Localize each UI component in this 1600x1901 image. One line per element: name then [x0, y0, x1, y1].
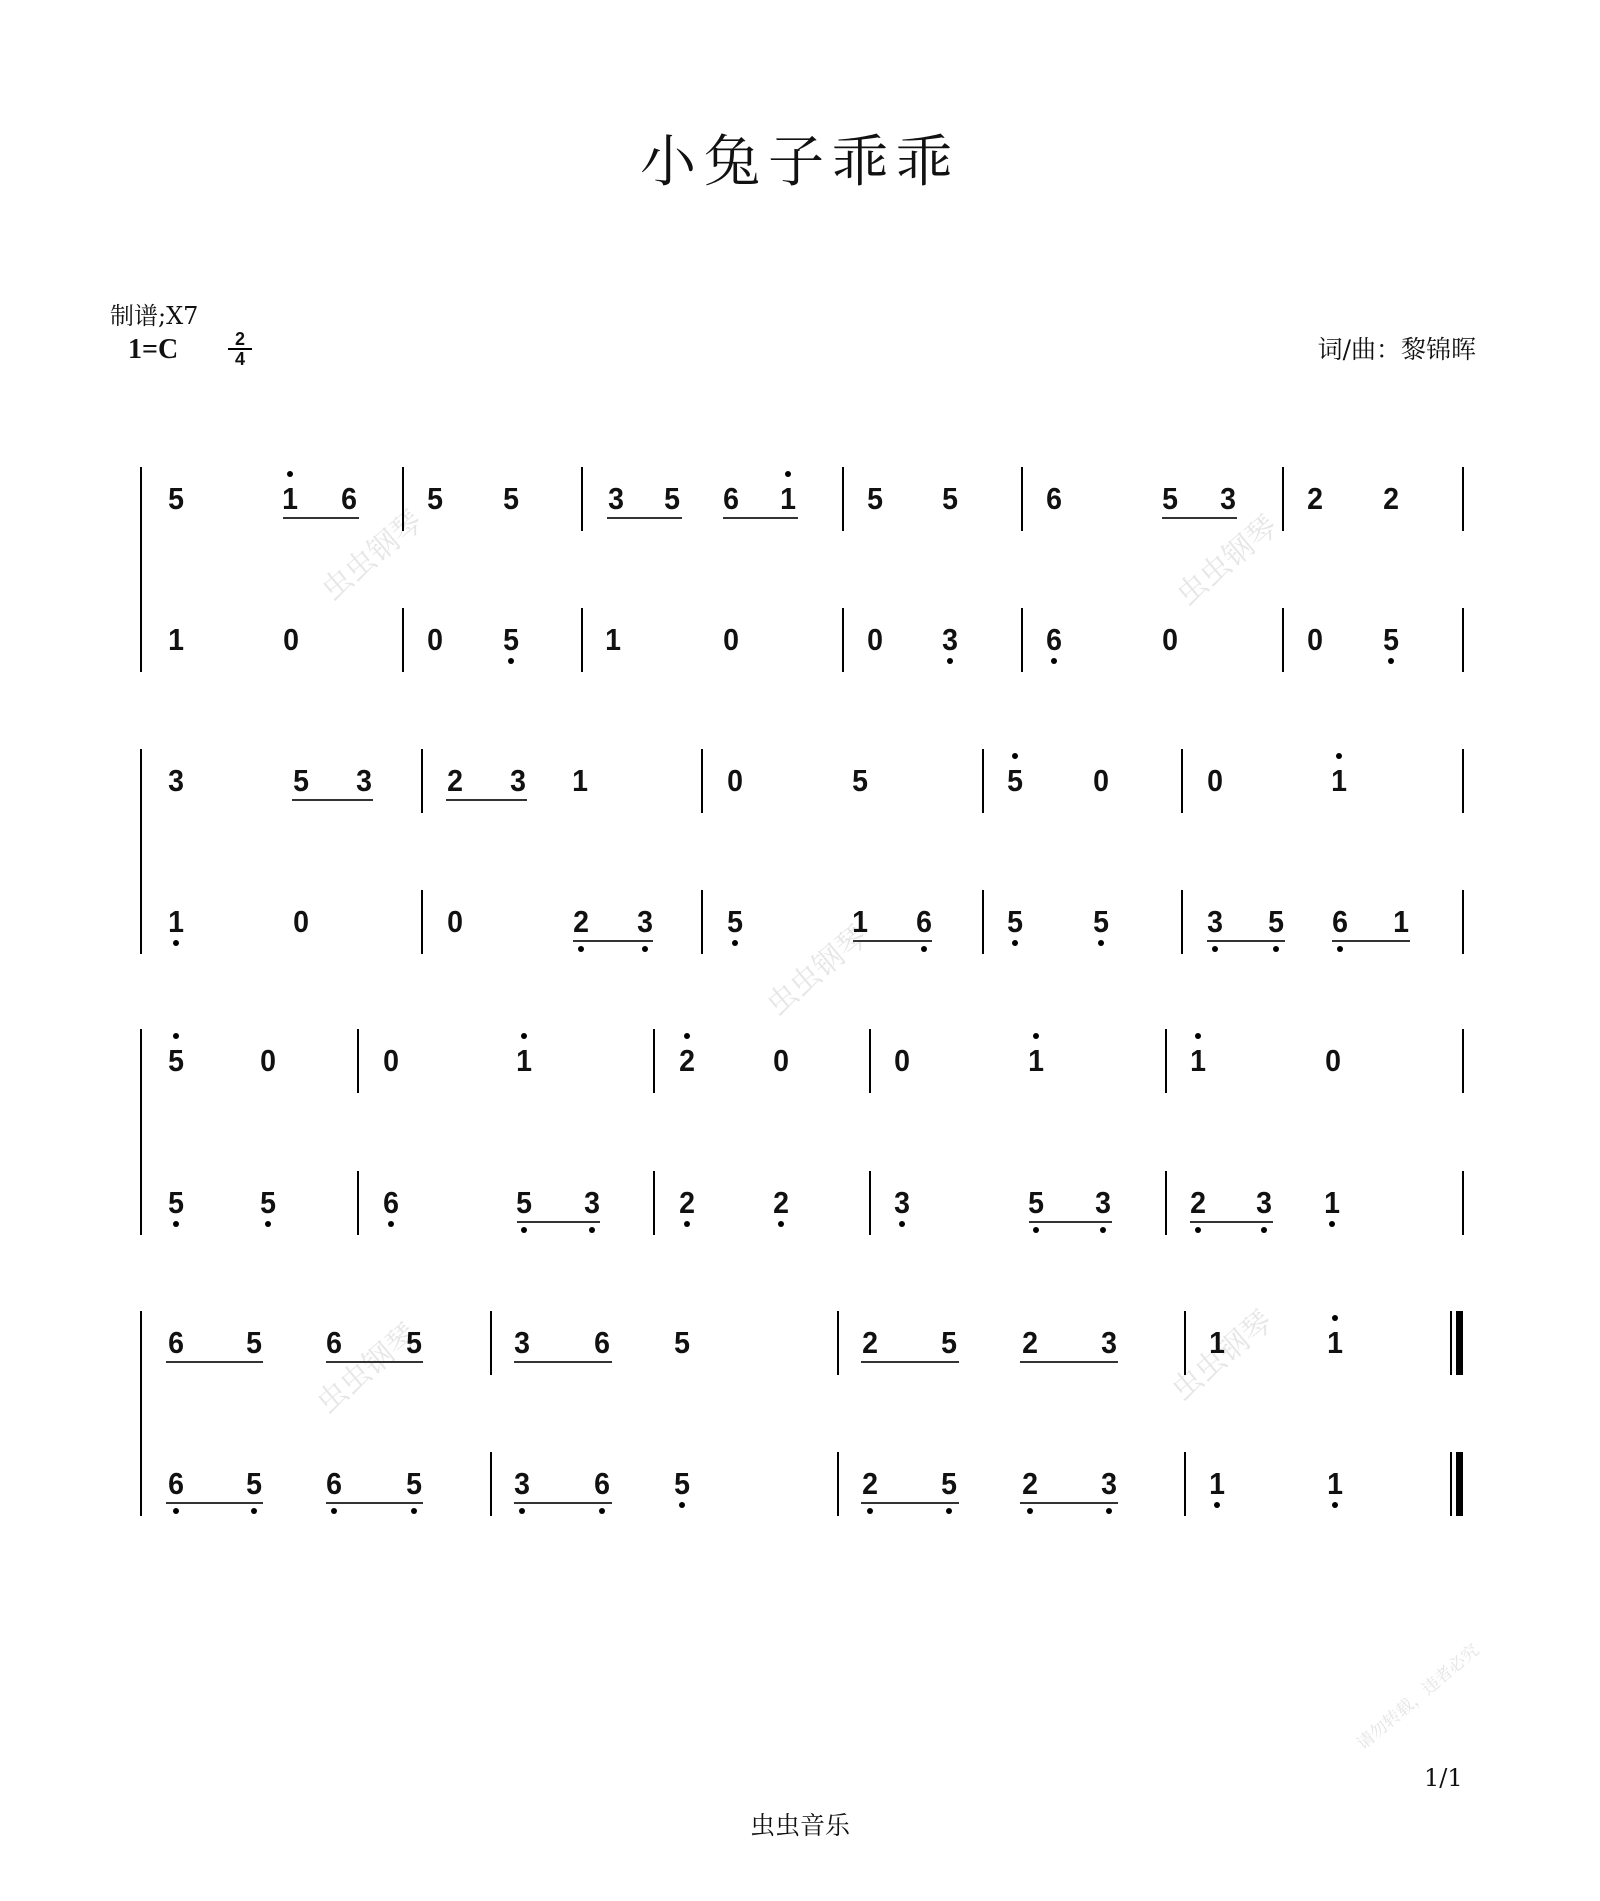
eighth-note-underline: [283, 517, 359, 519]
octave-up-dot: [785, 471, 791, 477]
barline: [837, 1452, 839, 1516]
note: 2: [856, 1468, 884, 1499]
octave-up-dot: [287, 471, 293, 477]
octave-down-dot: [1033, 1227, 1039, 1233]
octave-down-dot: [1051, 658, 1057, 664]
note: 5: [1156, 483, 1184, 514]
octave-down-dot: [778, 1221, 784, 1227]
note: 6: [320, 1468, 348, 1499]
eighth-note-underline: [446, 799, 527, 801]
note: 3: [162, 765, 190, 796]
note: 1: [1203, 1468, 1231, 1499]
system-bracket-line: [140, 749, 142, 954]
copyright-watermark: 请勿转载，违者必究: [1350, 1637, 1483, 1754]
octave-down-dot: [411, 1508, 417, 1514]
eighth-note-underline: [1020, 1502, 1118, 1504]
note: 1: [774, 483, 802, 514]
octave-down-dot: [1195, 1227, 1201, 1233]
note: 5: [935, 1327, 963, 1358]
eighth-note-underline: [861, 1502, 959, 1504]
octave-down-dot: [679, 1502, 685, 1508]
note: 1: [1318, 1187, 1346, 1218]
barline: [1181, 890, 1183, 954]
rest: 0: [441, 906, 469, 937]
note: 1: [276, 483, 304, 514]
page-number: 1/1: [1424, 1764, 1463, 1792]
eighth-note-underline: [1020, 1361, 1118, 1363]
note: 2: [1016, 1468, 1044, 1499]
final-barline-thick: [1456, 1452, 1463, 1516]
barline: [653, 1171, 655, 1235]
system-bracket-line: [140, 1311, 142, 1516]
barline: [982, 890, 984, 954]
octave-down-dot: [899, 1221, 905, 1227]
rest: 0: [1201, 765, 1229, 796]
barline: [701, 749, 703, 813]
eighth-note-underline: [514, 1361, 612, 1363]
barline: [1282, 608, 1284, 672]
octave-down-dot: [173, 940, 179, 946]
octave-down-dot: [947, 658, 953, 664]
octave-up-dot: [684, 1033, 690, 1039]
note: 5: [510, 1187, 538, 1218]
note: 2: [673, 1045, 701, 1076]
note: 5: [240, 1468, 268, 1499]
time-signature-denominator: 4: [228, 348, 252, 368]
rest: 0: [1087, 765, 1115, 796]
rest: 0: [287, 906, 315, 937]
note: 5: [497, 483, 525, 514]
octave-down-dot: [388, 1221, 394, 1227]
note: 5: [846, 765, 874, 796]
barline: [581, 608, 583, 672]
barline: [1462, 467, 1464, 531]
eighth-note-underline: [1332, 940, 1410, 942]
barline: [1282, 467, 1284, 531]
octave-up-dot: [1033, 1033, 1039, 1039]
note: 5: [1022, 1187, 1050, 1218]
eighth-note-underline: [573, 940, 653, 942]
note: 3: [504, 765, 532, 796]
note: 6: [588, 1468, 616, 1499]
barline: [842, 608, 844, 672]
note: 6: [1040, 483, 1068, 514]
note: 1: [599, 624, 627, 655]
barline: [490, 1452, 492, 1516]
note: 3: [1201, 906, 1229, 937]
octave-down-dot: [1273, 946, 1279, 952]
note: 5: [400, 1468, 428, 1499]
system-bracket-line: [140, 1029, 142, 1235]
note: 5: [1001, 765, 1029, 796]
note: 5: [935, 1468, 963, 1499]
note: 2: [1377, 483, 1405, 514]
note: 1: [1203, 1327, 1231, 1358]
footer-brand: 虫虫音乐: [0, 1806, 1600, 1842]
note: 2: [1016, 1327, 1044, 1358]
note: 3: [578, 1187, 606, 1218]
note: 1: [1022, 1045, 1050, 1076]
eighth-note-underline: [1162, 517, 1237, 519]
watermark-text: 虫虫钢琴: [310, 498, 430, 609]
barline: [1165, 1171, 1167, 1235]
rest: 0: [1319, 1045, 1347, 1076]
note: 2: [767, 1187, 795, 1218]
octave-down-dot: [1012, 940, 1018, 946]
note: 3: [1089, 1187, 1117, 1218]
note: 5: [668, 1468, 696, 1499]
eighth-note-underline: [853, 940, 932, 942]
note: 5: [240, 1327, 268, 1358]
note: 2: [673, 1187, 701, 1218]
note: 6: [162, 1327, 190, 1358]
barline: [402, 467, 404, 531]
barline: [1021, 467, 1023, 531]
octave-down-dot: [1106, 1508, 1112, 1514]
note: 1: [1321, 1468, 1349, 1499]
final-barline-thin: [1450, 1452, 1452, 1516]
barline: [421, 749, 423, 813]
note: 6: [320, 1327, 348, 1358]
final-barline-thin: [1450, 1311, 1452, 1375]
eighth-note-underline: [326, 1361, 423, 1363]
rest: 0: [421, 624, 449, 655]
eighth-note-underline: [723, 517, 798, 519]
barline: [1462, 890, 1464, 954]
note: 3: [1095, 1327, 1123, 1358]
octave-up-dot: [521, 1033, 527, 1039]
barline: [701, 890, 703, 954]
system-bracket-line: [140, 467, 142, 672]
barline: [653, 1029, 655, 1093]
note: 3: [1095, 1468, 1123, 1499]
key-signature: 1=C: [128, 334, 178, 366]
arranger-label: 制谱;X7: [110, 296, 198, 331]
eighth-note-underline: [514, 1502, 612, 1504]
time-signature-numerator: 2: [228, 330, 252, 348]
note: 6: [377, 1187, 405, 1218]
octave-down-dot: [173, 1508, 179, 1514]
note: 3: [602, 483, 630, 514]
lyricist-composer: 词/曲：黎锦晖: [1318, 330, 1476, 366]
note: 5: [936, 483, 964, 514]
barline: [1184, 1452, 1186, 1516]
note: 5: [658, 483, 686, 514]
barline: [421, 890, 423, 954]
eighth-note-underline: [166, 1361, 263, 1363]
eighth-note-underline: [292, 799, 373, 801]
barline: [1165, 1029, 1167, 1093]
rest: 0: [888, 1045, 916, 1076]
note: 1: [162, 624, 190, 655]
barline: [869, 1029, 871, 1093]
note: 5: [1087, 906, 1115, 937]
octave-down-dot: [1212, 946, 1218, 952]
note: 6: [910, 906, 938, 937]
barline: [842, 467, 844, 531]
rest: 0: [254, 1045, 282, 1076]
note: 5: [287, 765, 315, 796]
octave-up-dot: [173, 1033, 179, 1039]
note: 3: [631, 906, 659, 937]
note: 1: [566, 765, 594, 796]
rest: 0: [377, 1045, 405, 1076]
rest: 0: [717, 624, 745, 655]
octave-down-dot: [1329, 1221, 1335, 1227]
note: 1: [1184, 1045, 1212, 1076]
note: 1: [1321, 1327, 1349, 1358]
note: 5: [1262, 906, 1290, 937]
barline: [1462, 608, 1464, 672]
eighth-note-underline: [326, 1502, 423, 1504]
note: 3: [1214, 483, 1242, 514]
watermark-text: 虫虫钢琴: [1165, 503, 1285, 614]
barline: [1184, 1311, 1186, 1375]
barline: [357, 1029, 359, 1093]
note: 3: [508, 1468, 536, 1499]
final-barline-thick: [1456, 1311, 1463, 1375]
barline: [1021, 608, 1023, 672]
rest: 0: [1156, 624, 1184, 655]
note: 2: [1184, 1187, 1212, 1218]
barline: [581, 467, 583, 531]
octave-down-dot: [1337, 946, 1343, 952]
barline: [1462, 1029, 1464, 1093]
eighth-note-underline: [1190, 1221, 1273, 1223]
octave-down-dot: [589, 1227, 595, 1233]
octave-down-dot: [521, 1227, 527, 1233]
octave-down-dot: [1027, 1508, 1033, 1514]
rest: 0: [861, 624, 889, 655]
octave-down-dot: [1098, 940, 1104, 946]
note: 5: [668, 1327, 696, 1358]
barline: [1462, 749, 1464, 813]
note: 2: [567, 906, 595, 937]
octave-down-dot: [331, 1508, 337, 1514]
octave-down-dot: [519, 1508, 525, 1514]
score-title: 小兔子乖乖: [0, 118, 1600, 198]
barline: [402, 608, 404, 672]
note: 6: [717, 483, 745, 514]
eighth-note-underline: [861, 1361, 959, 1363]
barline: [1181, 749, 1183, 813]
note: 1: [510, 1045, 538, 1076]
octave-down-dot: [578, 946, 584, 952]
octave-down-dot: [867, 1508, 873, 1514]
eighth-note-underline: [517, 1221, 600, 1223]
note: 6: [1040, 624, 1068, 655]
note: 5: [421, 483, 449, 514]
octave-down-dot: [251, 1508, 257, 1514]
note: 2: [441, 765, 469, 796]
note: 5: [861, 483, 889, 514]
octave-down-dot: [1261, 1227, 1267, 1233]
octave-down-dot: [1332, 1502, 1338, 1508]
rest: 0: [277, 624, 305, 655]
octave-down-dot: [1388, 658, 1394, 664]
note: 5: [497, 624, 525, 655]
barline: [869, 1171, 871, 1235]
note: 2: [1301, 483, 1329, 514]
note: 3: [1250, 1187, 1278, 1218]
note: 3: [888, 1187, 916, 1218]
note: 6: [1326, 906, 1354, 937]
rest: 0: [721, 765, 749, 796]
barline: [1462, 1171, 1464, 1235]
note: 1: [1387, 906, 1415, 937]
eighth-note-underline: [166, 1502, 263, 1504]
octave-down-dot: [1214, 1502, 1220, 1508]
rest: 0: [1301, 624, 1329, 655]
rest: 0: [767, 1045, 795, 1076]
octave-up-dot: [1012, 753, 1018, 759]
eighth-note-underline: [607, 517, 682, 519]
eighth-note-underline: [1207, 940, 1285, 942]
note: 1: [1325, 765, 1353, 796]
barline: [490, 1311, 492, 1375]
note: 5: [400, 1327, 428, 1358]
note: 6: [162, 1468, 190, 1499]
note: 5: [721, 906, 749, 937]
octave-down-dot: [732, 940, 738, 946]
octave-down-dot: [599, 1508, 605, 1514]
octave-down-dot: [1100, 1227, 1106, 1233]
note: 1: [846, 906, 874, 937]
note: 5: [162, 483, 190, 514]
octave-down-dot: [946, 1508, 952, 1514]
octave-up-dot: [1336, 753, 1342, 759]
octave-down-dot: [684, 1221, 690, 1227]
note: 3: [936, 624, 964, 655]
note: 5: [254, 1187, 282, 1218]
note: 5: [162, 1045, 190, 1076]
time-signature: 2 4: [228, 330, 252, 368]
octave-up-dot: [1195, 1033, 1201, 1039]
octave-down-dot: [921, 946, 927, 952]
note: 5: [1001, 906, 1029, 937]
note: 6: [588, 1327, 616, 1358]
note: 1: [162, 906, 190, 937]
barline: [357, 1171, 359, 1235]
eighth-note-underline: [1029, 1221, 1112, 1223]
note: 5: [162, 1187, 190, 1218]
barline: [982, 749, 984, 813]
barline: [837, 1311, 839, 1375]
octave-down-dot: [173, 1221, 179, 1227]
octave-down-dot: [265, 1221, 271, 1227]
note: 3: [350, 765, 378, 796]
note: 2: [856, 1327, 884, 1358]
note: 6: [335, 483, 363, 514]
octave-down-dot: [508, 658, 514, 664]
octave-down-dot: [642, 946, 648, 952]
note: 5: [1377, 624, 1405, 655]
note: 3: [508, 1327, 536, 1358]
octave-up-dot: [1332, 1315, 1338, 1321]
